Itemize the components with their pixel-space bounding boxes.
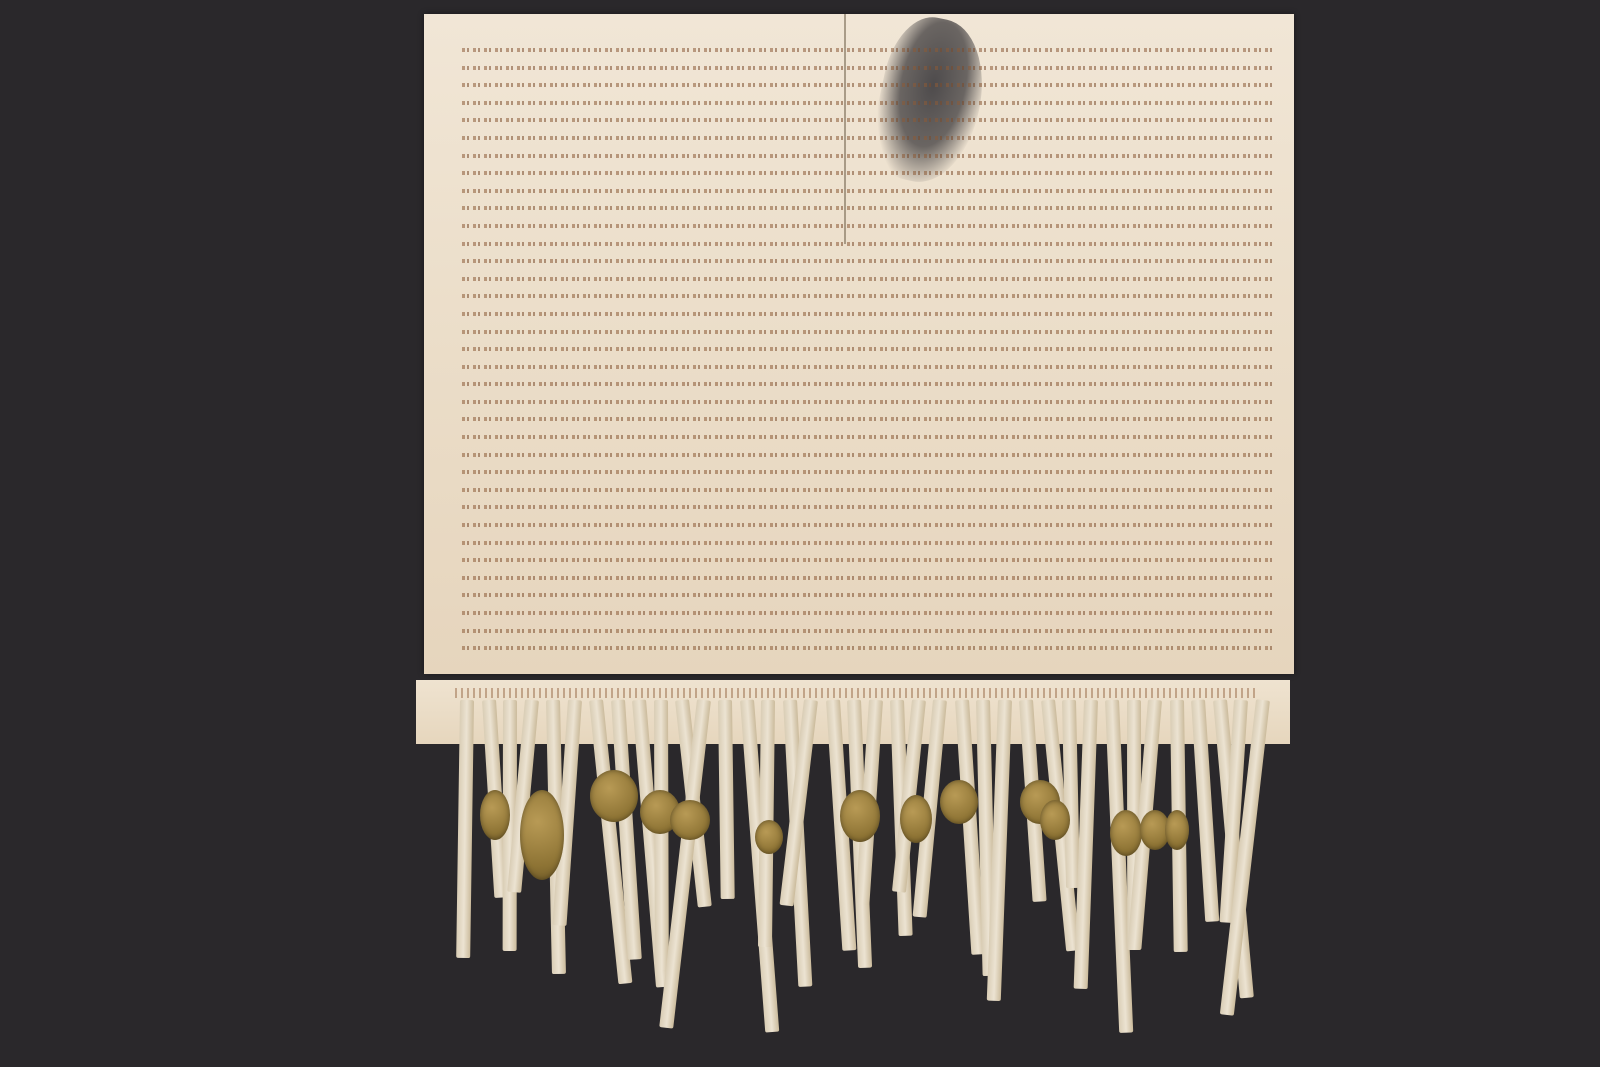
text-line	[462, 447, 1272, 465]
text-line	[462, 482, 1272, 500]
text-line	[462, 640, 1272, 658]
text-line	[462, 535, 1272, 553]
text-line	[462, 552, 1272, 570]
text-line	[462, 253, 1272, 271]
wax-seal	[900, 795, 932, 843]
text-line	[462, 236, 1272, 254]
wax-seal	[755, 820, 783, 854]
text-line	[462, 218, 1272, 236]
wax-seal	[590, 770, 638, 822]
text-line	[462, 376, 1272, 394]
text-line	[462, 306, 1272, 324]
text-line	[462, 60, 1272, 78]
text-line	[462, 200, 1272, 218]
text-line	[462, 271, 1272, 289]
wax-seal	[1165, 810, 1189, 850]
text-line	[462, 288, 1272, 306]
wax-seal	[840, 790, 880, 842]
text-line	[462, 623, 1272, 641]
text-line	[462, 464, 1272, 482]
text-line	[462, 499, 1272, 517]
wax-seal	[940, 780, 978, 824]
wax-seal	[520, 790, 564, 880]
text-line	[462, 517, 1272, 535]
text-line	[462, 183, 1272, 201]
text-line	[462, 341, 1272, 359]
text-line	[462, 112, 1272, 130]
text-line	[462, 148, 1272, 166]
manuscript-text	[462, 42, 1272, 662]
text-line	[462, 587, 1272, 605]
seal-tag	[456, 700, 474, 959]
wax-seal	[1110, 810, 1142, 856]
text-line	[462, 359, 1272, 377]
text-line	[462, 324, 1272, 342]
text-line	[462, 130, 1272, 148]
text-line	[462, 605, 1272, 623]
seal-tags	[460, 700, 1290, 1060]
plica-annotations	[455, 688, 1255, 698]
wax-seal	[670, 800, 710, 840]
text-line	[462, 165, 1272, 183]
text-line	[462, 77, 1272, 95]
text-line	[462, 570, 1272, 588]
wax-seal	[1040, 800, 1070, 840]
text-line	[462, 429, 1272, 447]
text-line	[462, 95, 1272, 113]
text-line	[462, 394, 1272, 412]
seal-tag	[718, 700, 735, 899]
seal-tag	[654, 700, 669, 970]
wax-seal	[480, 790, 510, 840]
text-line	[462, 658, 1272, 662]
text-line	[462, 411, 1272, 429]
text-line	[462, 42, 1272, 60]
